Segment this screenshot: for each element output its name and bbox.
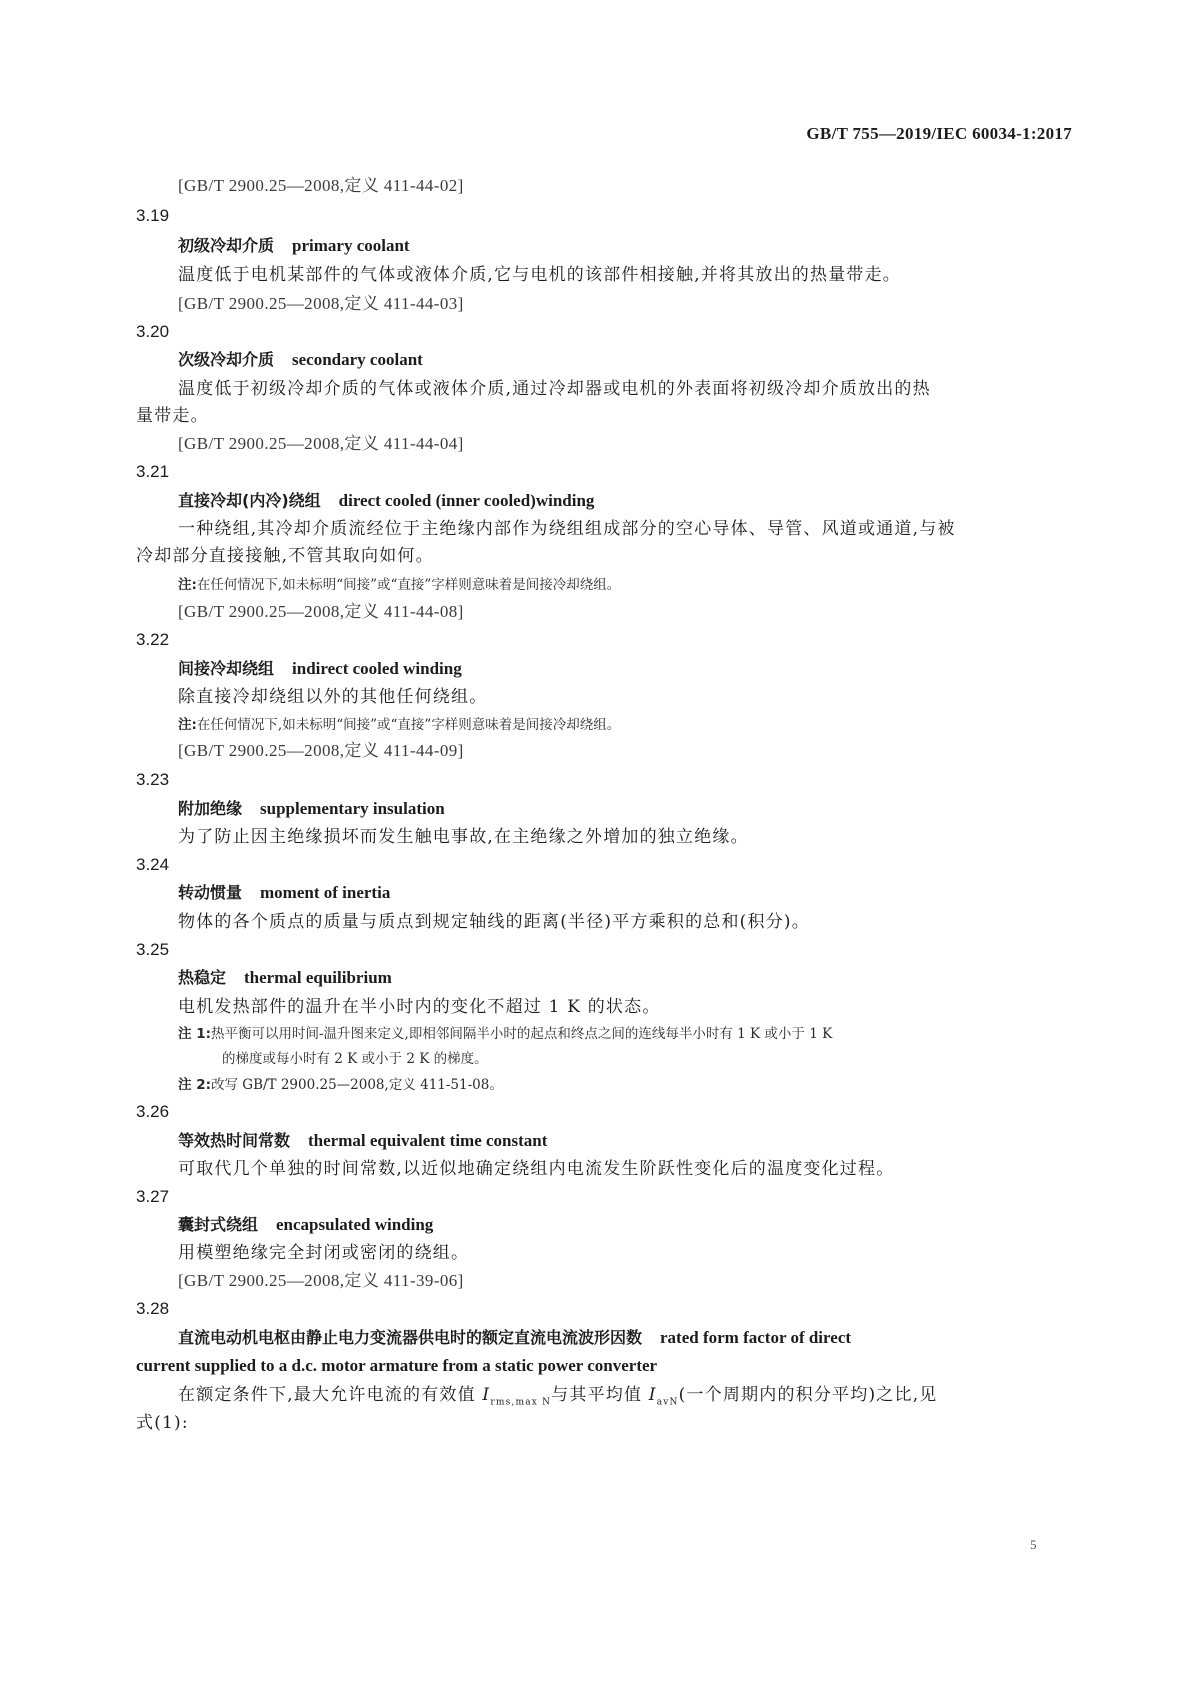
term-en: supplementary insulation [260, 799, 445, 818]
term-en: indirect cooled winding [292, 659, 462, 678]
definition-text-continued: 冷却部分直接接触,不管其取向如何。 [136, 546, 434, 566]
clause-number: 3.24 [136, 855, 169, 875]
definition-text: 在额定条件下,最大允许电流的有效值 Irms,max N与其平均值 IavN(一… [178, 1385, 938, 1412]
definition-text: 温度低于初级冷却介质的气体或液体介质,通过冷却器或电机的外表面将初级冷却介质放出… [178, 379, 931, 399]
reference-citation: [GB/T 2900.25—2008,定义 411-44-03] [178, 294, 464, 314]
page-number: 5 [1030, 1537, 1037, 1553]
definition-fragment: (一个周期内的积分平均)之比,见 [679, 1385, 938, 1405]
document-header-standard-id: GB/T 755—2019/IEC 60034-1:2017 [806, 124, 1072, 144]
note-label: 注: [178, 717, 197, 733]
note: 注:在任何情况下,如未标明“间接”或“直接”字样则意味着是间接冷却绕组。 [178, 575, 620, 595]
term-heading: 热稳定thermal equilibrium [178, 968, 392, 988]
term-heading-continued: current supplied to a d.c. motor armatur… [136, 1356, 657, 1376]
note-label: 注 2: [178, 1077, 211, 1093]
term-en: encapsulated winding [276, 1215, 433, 1234]
term-zh: 热稳定 [178, 968, 226, 987]
term-zh: 等效热时间常数 [178, 1131, 290, 1150]
term-en: thermal equivalent time constant [308, 1131, 547, 1150]
definition-text: 用模塑绝缘完全封闭或密闭的绕组。 [178, 1243, 469, 1263]
term-zh: 间接冷却绕组 [178, 659, 274, 678]
note-text: 热平衡可以用时间-温升图来定义,即相邻间隔半小时的起点和终点之间的连线每半小时有… [211, 1026, 832, 1042]
term-heading: 附加绝缘supplementary insulation [178, 799, 445, 819]
term-zh: 附加绝缘 [178, 799, 242, 818]
term-zh: 直接冷却(内冷)绕组 [178, 491, 321, 510]
note-label: 注 1: [178, 1026, 211, 1042]
reference-citation: [GB/T 2900.25—2008,定义 411-44-04] [178, 434, 464, 454]
term-en: direct cooled (inner cooled)winding [339, 491, 595, 510]
term-en: secondary coolant [292, 350, 423, 369]
term-en: moment of inertia [260, 883, 390, 902]
term-heading: 初级冷却介质primary coolant [178, 236, 410, 256]
term-zh: 转动惯量 [178, 883, 242, 902]
note-2: 注 2:改写 GB/T 2900.25—2008,定义 411-51-08。 [178, 1075, 503, 1095]
symbol-subscript: avN [657, 1397, 679, 1407]
note-text: 在任何情况下,如未标明“间接”或“直接”字样则意味着是间接冷却绕组。 [197, 717, 620, 733]
note-text: 改写 GB/T 2900.25—2008,定义 411-51-08。 [211, 1077, 503, 1093]
clause-number: 3.25 [136, 940, 169, 960]
symbol-i-av: I [649, 1385, 657, 1405]
term-heading: 等效热时间常数thermal equivalent time constant [178, 1131, 547, 1151]
term-en: rated form factor of direct [660, 1328, 851, 1347]
symbol-subscript: rms,max N [490, 1397, 551, 1407]
clause-number: 3.22 [136, 630, 169, 650]
reference-citation: [GB/T 2900.25—2008,定义 411-44-02] [178, 176, 464, 196]
reference-citation: [GB/T 2900.25—2008,定义 411-39-06] [178, 1271, 464, 1291]
term-heading: 囊封式绕组encapsulated winding [178, 1215, 433, 1235]
definition-text-continued: 量带走。 [136, 406, 209, 426]
clause-number: 3.21 [136, 462, 169, 482]
note-1: 注 1:热平衡可以用时间-温升图来定义,即相邻间隔半小时的起点和终点之间的连线每… [178, 1024, 832, 1044]
term-en: current supplied to a d.c. motor armatur… [136, 1356, 657, 1375]
term-heading: 转动惯量moment of inertia [178, 883, 390, 903]
term-heading: 直流电动机电枢由静止电力变流器供电时的额定直流电流波形因数rated form … [178, 1328, 851, 1348]
term-zh: 直流电动机电枢由静止电力变流器供电时的额定直流电流波形因数 [178, 1328, 642, 1347]
note-label: 注: [178, 577, 197, 593]
note: 注:在任何情况下,如未标明“间接”或“直接”字样则意味着是间接冷却绕组。 [178, 715, 620, 735]
term-zh: 次级冷却介质 [178, 350, 274, 369]
definition-text: 电机发热部件的温升在半小时内的变化不超过 1 K 的状态。 [178, 997, 661, 1017]
definition-text: 为了防止因主绝缘损坏而发生触电事故,在主绝缘之外增加的独立绝缘。 [178, 827, 749, 847]
definition-text: 可取代几个单独的时间常数,以近似地确定绕组内电流发生阶跃性变化后的温度变化过程。 [178, 1159, 894, 1179]
reference-citation: [GB/T 2900.25—2008,定义 411-44-08] [178, 602, 464, 622]
clause-number: 3.28 [136, 1299, 169, 1319]
term-en: primary coolant [292, 236, 410, 255]
term-zh: 囊封式绕组 [178, 1215, 258, 1234]
term-heading: 间接冷却绕组indirect cooled winding [178, 659, 462, 679]
definition-text: 温度低于电机某部件的气体或液体介质,它与电机的该部件相接触,并将其放出的热量带走… [178, 265, 901, 285]
clause-number: 3.26 [136, 1102, 169, 1122]
definition-text: 物体的各个质点的质量与质点到规定轴线的距离(半径)平方乘积的总和(积分)。 [178, 912, 810, 932]
definition-text-continued: 式(1): [136, 1413, 189, 1433]
clause-number: 3.20 [136, 322, 169, 342]
clause-number: 3.27 [136, 1187, 169, 1207]
note-text: 在任何情况下,如未标明“间接”或“直接”字样则意味着是间接冷却绕组。 [197, 577, 620, 593]
clause-number: 3.19 [136, 206, 169, 226]
reference-citation: [GB/T 2900.25—2008,定义 411-44-09] [178, 741, 464, 761]
term-heading: 直接冷却(内冷)绕组direct cooled (inner cooled)wi… [178, 491, 594, 511]
clause-number: 3.23 [136, 770, 169, 790]
definition-text: 一种绕组,其冷却介质流经位于主绝缘内部作为绕组组成部分的空心导体、导管、风道或通… [178, 519, 956, 539]
definition-fragment: 与其平均值 [551, 1385, 649, 1405]
definition-fragment: 在额定条件下,最大允许电流的有效值 [178, 1385, 482, 1405]
term-zh: 初级冷却介质 [178, 236, 274, 255]
term-heading: 次级冷却介质secondary coolant [178, 350, 423, 370]
term-en: thermal equilibrium [244, 968, 392, 987]
definition-text: 除直接冷却绕组以外的其他任何绕组。 [178, 687, 487, 707]
note-1-continued: 的梯度或每小时有 2 K 或小于 2 K 的梯度。 [222, 1049, 488, 1069]
